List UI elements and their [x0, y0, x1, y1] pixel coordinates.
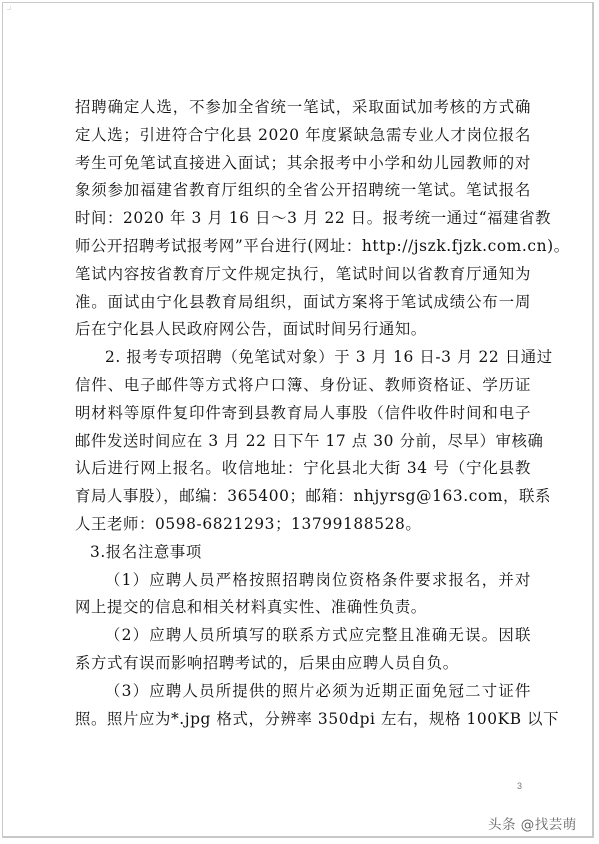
watermark: 头条 @找芸萌	[488, 813, 577, 833]
text-line: 笔试内容按省教育厅文件规定执行，笔试时间以省教育厅通知为	[75, 261, 531, 289]
text-line: 人王老师：0598-6821293；13799188528。	[75, 511, 531, 539]
text-line: 后在宁化县人民政府网公告，面试时间另行通知。	[75, 316, 531, 344]
text-line: 邮件发送时间应在 3 月 22 日下午 17 点 30 分前，尽早）审核确	[75, 428, 531, 456]
text-line: 招聘确定人选，不参加全省统一笔试，采取面试加考核的方式确	[75, 94, 531, 122]
text-line: 育局人事股），邮编：365400；邮箱：nhjyrsg@163.com，联系	[75, 483, 531, 511]
text-line: 时间：2020 年 3 月 16 日～3 月 22 日。报考统一通过“福建省教	[75, 205, 531, 233]
page-corner-mark	[7, 6, 11, 10]
text-line: 象须参加福建省教育厅组织的全省公开招聘统一笔试。笔试报名	[75, 177, 531, 205]
text-line: 师公开招聘考试报考网”平台进行(网址：http://jszk.fjzk.com.…	[75, 233, 531, 261]
text-line: （1）应聘人员严格按照招聘岗位资格条件要求报名，并对	[75, 567, 531, 595]
text-line: 照。照片应为*.jpg 格式，分辨率 350dpi 左右，规格 100KB 以下	[75, 706, 531, 734]
text-line: 考生可免笔试直接进入面试；其余报考中小学和幼儿园教师的对	[75, 150, 531, 178]
text-line: （3）应聘人员所提供的照片必须为近期正面免冠二寸证件	[75, 678, 531, 706]
text-line: 2. 报考专项招聘（免笔试对象）于 3 月 16 日-3 月 22 日通过	[75, 344, 531, 372]
section-heading: 3.报名注意事项	[75, 539, 531, 567]
text-line: （2）应聘人员所填写的联系方式应完整且准确无误。因联	[75, 622, 531, 650]
text-line: 网上提交的信息和相关材料真实性、准确性负责。	[75, 594, 531, 622]
document-page: 招聘确定人选，不参加全省统一笔试，采取面试加考核的方式确 定人选；引进符合宁化县…	[2, 2, 594, 838]
text-line: 系方式有误而影响招聘考试的，后果由应聘人员自负。	[75, 650, 531, 678]
text-line: 信件、电子邮件等方式将户口簿、身份证、教师资格证、学历证	[75, 372, 531, 400]
document-body: 招聘确定人选，不参加全省统一笔试，采取面试加考核的方式确 定人选；引进符合宁化县…	[75, 94, 531, 733]
text-line: 认后进行网上报名。收信地址：宁化县北大街 34 号（宁化县教	[75, 455, 531, 483]
page-number: 3	[517, 781, 522, 791]
text-line: 准。面试由宁化县教育局组织，面试方案将于笔试成绩公布一周	[75, 289, 531, 317]
text-line: 明材料等原件复印件寄到县教育局人事股（信件收件时间和电子	[75, 400, 531, 428]
text-line: 定人选；引进符合宁化县 2020 年度紧缺急需专业人才岗位报名	[75, 122, 531, 150]
